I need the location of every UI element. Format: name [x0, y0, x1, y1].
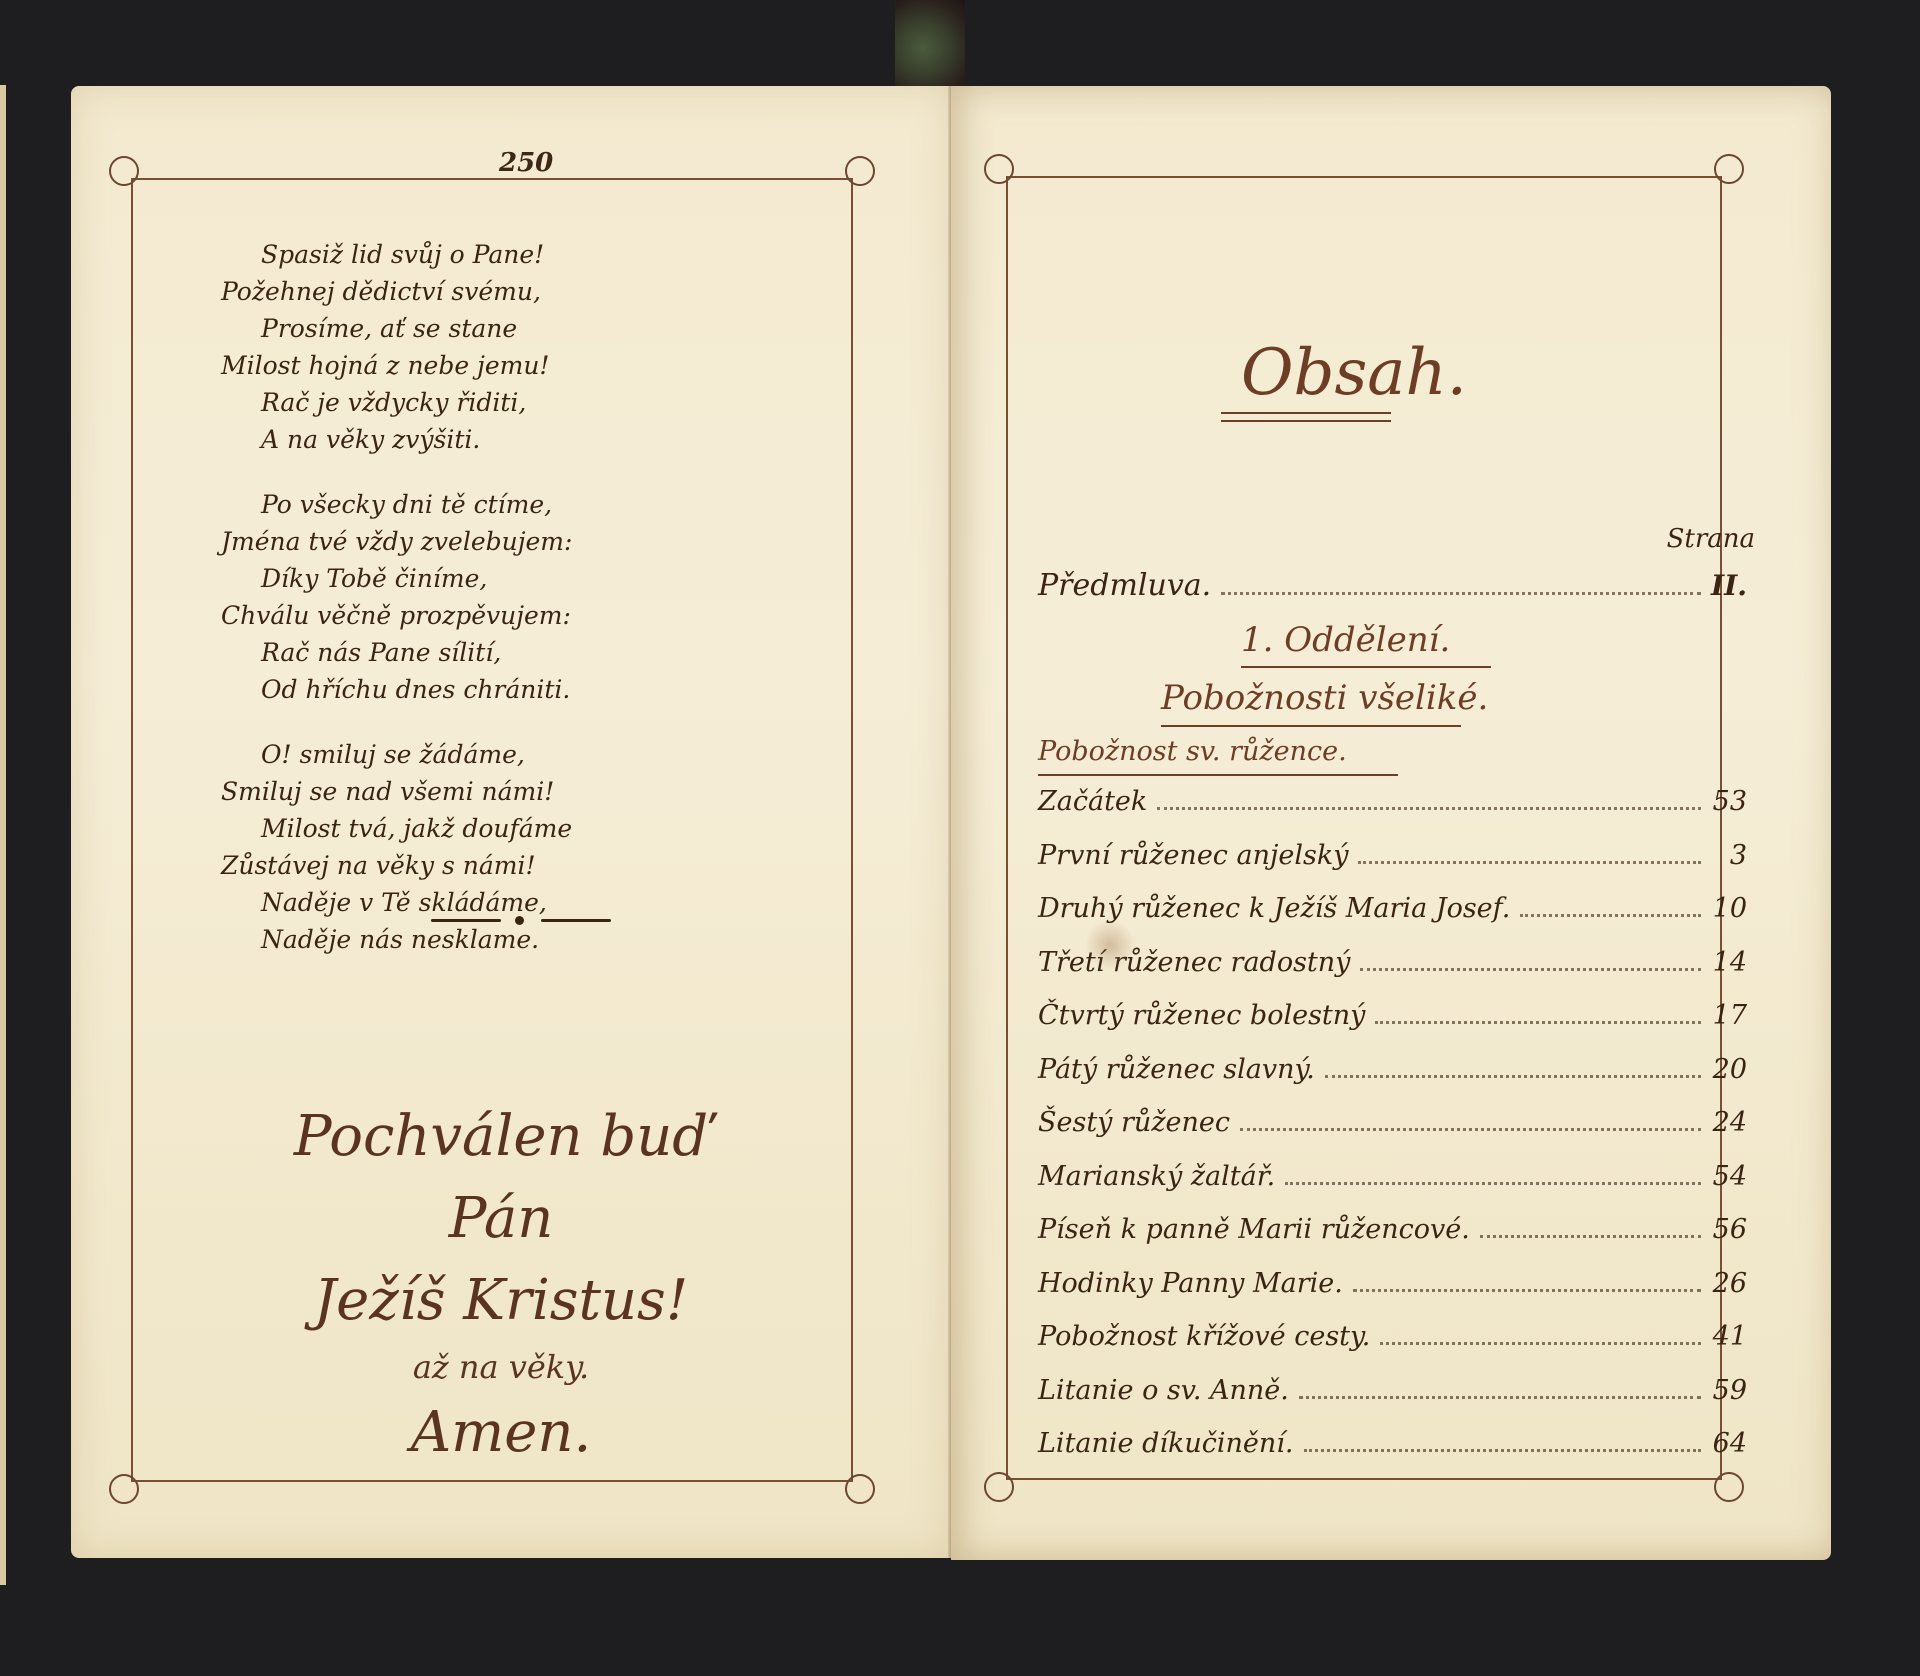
doxology-line: Amen.	[221, 1392, 781, 1474]
verse-line: Po všecky dni tě ctíme,	[221, 486, 821, 523]
toc-entry-label: Píseň k panně Marii růžencové.	[1038, 1214, 1470, 1245]
dot-leader	[1375, 1003, 1701, 1024]
dot-leader	[1380, 1324, 1701, 1345]
verse-line: Díky Tobě činíme,	[221, 560, 821, 597]
toc-entry-page: 64	[1711, 1428, 1747, 1459]
verse-line: Milost tvá, jakž doufáme	[221, 810, 821, 847]
verse-line: Od hříchu dnes chrániti.	[221, 671, 821, 708]
toc-entry-page: II.	[1711, 569, 1747, 602]
subsection-heading: Pobožnost sv. růžence.	[1038, 736, 1347, 767]
toc-list: Začátek53 První růženec anjelský3 Druhý …	[1038, 786, 1747, 1482]
toc-entry: Litanie o sv. Anně.59	[1038, 1375, 1747, 1429]
stanza: Spasiž lid svůj o Pane! Požehnej dědictv…	[221, 236, 821, 458]
left-page: 250 Spasiž lid svůj o Pane! Požehnej děd…	[71, 86, 951, 1558]
toc-entry: Třetí růženec radostný14	[1038, 947, 1747, 1001]
toc-entry-label: Pobožnost křížové cesty.	[1038, 1321, 1370, 1352]
corner-flourish-icon	[1714, 154, 1744, 184]
bookmark-ribbon	[895, 0, 965, 96]
toc-entry-label: Litanie o sv. Anně.	[1038, 1375, 1289, 1406]
section-name: Pobožnosti všeliké.	[1161, 678, 1488, 718]
dot-leader	[1221, 570, 1701, 595]
corner-flourish-icon	[845, 156, 875, 186]
verse-line: Milost hojná z nebe jemu!	[221, 347, 821, 384]
verse-line: Naděje nás nesklame.	[221, 921, 821, 958]
verse-line: Spasiž lid svůj o Pane!	[221, 236, 821, 273]
verse-line: Jména tvé vždy zvelebujem:	[221, 523, 821, 560]
toc-entry-page: 56	[1711, 1214, 1747, 1245]
verse-line: O! smiluj se žádáme,	[221, 736, 821, 773]
doxology: Pochválen buď Pán Ježíš Kristus! až na v…	[221, 1096, 781, 1474]
toc-entry-page: 3	[1711, 840, 1747, 871]
toc-entry-page: 14	[1711, 947, 1747, 978]
toc-entry: Hodinky Panny Marie.26	[1038, 1268, 1747, 1322]
underline	[1161, 725, 1461, 727]
verse-line: Rač nás Pane sílití,	[221, 634, 821, 671]
toc-entry-label: Začátek	[1038, 786, 1147, 817]
toc-entry: Pátý růženec slavný.20	[1038, 1054, 1747, 1108]
toc-entry-page: 10	[1711, 893, 1747, 924]
doxology-line: až na věky.	[221, 1342, 781, 1392]
doxology-line: Ježíš Kristus!	[221, 1260, 781, 1342]
toc-entry-page: 53	[1711, 786, 1747, 817]
corner-flourish-icon	[984, 1472, 1014, 1502]
underline	[1241, 666, 1491, 668]
toc-entry: Začátek53	[1038, 786, 1747, 840]
ornamental-divider-icon	[431, 914, 611, 926]
column-header-page: Strana	[1667, 524, 1755, 554]
corner-flourish-icon	[845, 1474, 875, 1504]
verse-line: Chválu věčně prozpěvujem:	[221, 597, 821, 634]
toc-entry: Píseň k panně Marii růžencové.56	[1038, 1214, 1747, 1268]
toc-entry-label: První růženec anjelský	[1038, 840, 1348, 871]
corner-flourish-icon	[109, 1474, 139, 1504]
dot-leader	[1285, 1164, 1701, 1185]
dot-leader	[1325, 1057, 1701, 1078]
toc-entry-label: Pátý růženec slavný.	[1038, 1054, 1315, 1085]
title-double-underline	[1221, 412, 1391, 422]
dot-leader	[1157, 789, 1701, 810]
page-title: Obsah.	[1241, 336, 1467, 410]
toc-entry-label: Čtvrtý růženec bolestný	[1038, 1000, 1365, 1031]
toc-entry-page: 20	[1711, 1054, 1747, 1085]
toc-entry-page: 26	[1711, 1268, 1747, 1299]
doxology-line: Pán	[221, 1178, 781, 1260]
dot-leader	[1353, 1271, 1701, 1292]
corner-flourish-icon	[984, 154, 1014, 184]
toc-entry: Druhý růženec k Ježíš Maria Josef.10	[1038, 893, 1747, 947]
toc-entry-label: Předmluva.	[1038, 568, 1211, 603]
toc-entry-preface: Předmluva. II.	[1038, 568, 1747, 614]
toc-entry-label: Hodinky Panny Marie.	[1038, 1268, 1343, 1299]
toc-entry-page: 59	[1711, 1375, 1747, 1406]
toc-entry-label: Šestý růženec	[1038, 1107, 1230, 1138]
toc-entry-page: 17	[1711, 1000, 1747, 1031]
dot-leader	[1480, 1217, 1701, 1238]
toc-entry: Litanie díkučinění.64	[1038, 1428, 1747, 1482]
underline	[1038, 774, 1398, 776]
toc-entry: Marianský žaltář.54	[1038, 1161, 1747, 1215]
verse-line: Zůstávej na věky s námi!	[221, 847, 821, 884]
ink-stain	[1085, 920, 1135, 970]
hymn-poem: Spasiž lid svůj o Pane! Požehnej dědictv…	[221, 236, 821, 986]
dot-leader	[1299, 1378, 1701, 1399]
verse-line: Prosíme, ať se stane	[221, 310, 821, 347]
toc-entry: První růženec anjelský3	[1038, 840, 1747, 894]
toc-entry-label: Marianský žaltář.	[1038, 1161, 1275, 1192]
dot-leader	[1360, 950, 1701, 971]
verse-line: Požehnej dědictví svému,	[221, 273, 821, 310]
toc-entry: Pobožnost křížové cesty.41	[1038, 1321, 1747, 1375]
corner-flourish-icon	[109, 156, 139, 186]
verse-line: Rač je vždycky řiditi,	[221, 384, 821, 421]
dot-leader	[1358, 843, 1701, 864]
toc-entry-page: 24	[1711, 1107, 1747, 1138]
toc-entry: Čtvrtý růženec bolestný17	[1038, 1000, 1747, 1054]
adjacent-page-edge	[0, 85, 6, 1585]
right-page: Obsah. Strana Předmluva. II. 1. Oddělení…	[951, 86, 1831, 1560]
verse-line: Smiluj se nad všemi námi!	[221, 773, 821, 810]
dot-leader	[1304, 1431, 1702, 1452]
page-number: 250	[499, 148, 553, 178]
toc-entry-page: 54	[1711, 1161, 1747, 1192]
stanza: Po všecky dni tě ctíme, Jména tvé vždy z…	[221, 486, 821, 708]
dot-leader	[1520, 896, 1701, 917]
dot-leader	[1240, 1110, 1701, 1131]
verse-line: A na věky zvýšiti.	[221, 421, 821, 458]
section-number: 1. Oddělení.	[1241, 620, 1450, 660]
toc-entry-label: Litanie díkučinění.	[1038, 1428, 1294, 1459]
toc-entry: Šestý růženec24	[1038, 1107, 1747, 1161]
toc-entry-page: 41	[1711, 1321, 1747, 1352]
doxology-line: Pochválen buď	[221, 1096, 781, 1178]
